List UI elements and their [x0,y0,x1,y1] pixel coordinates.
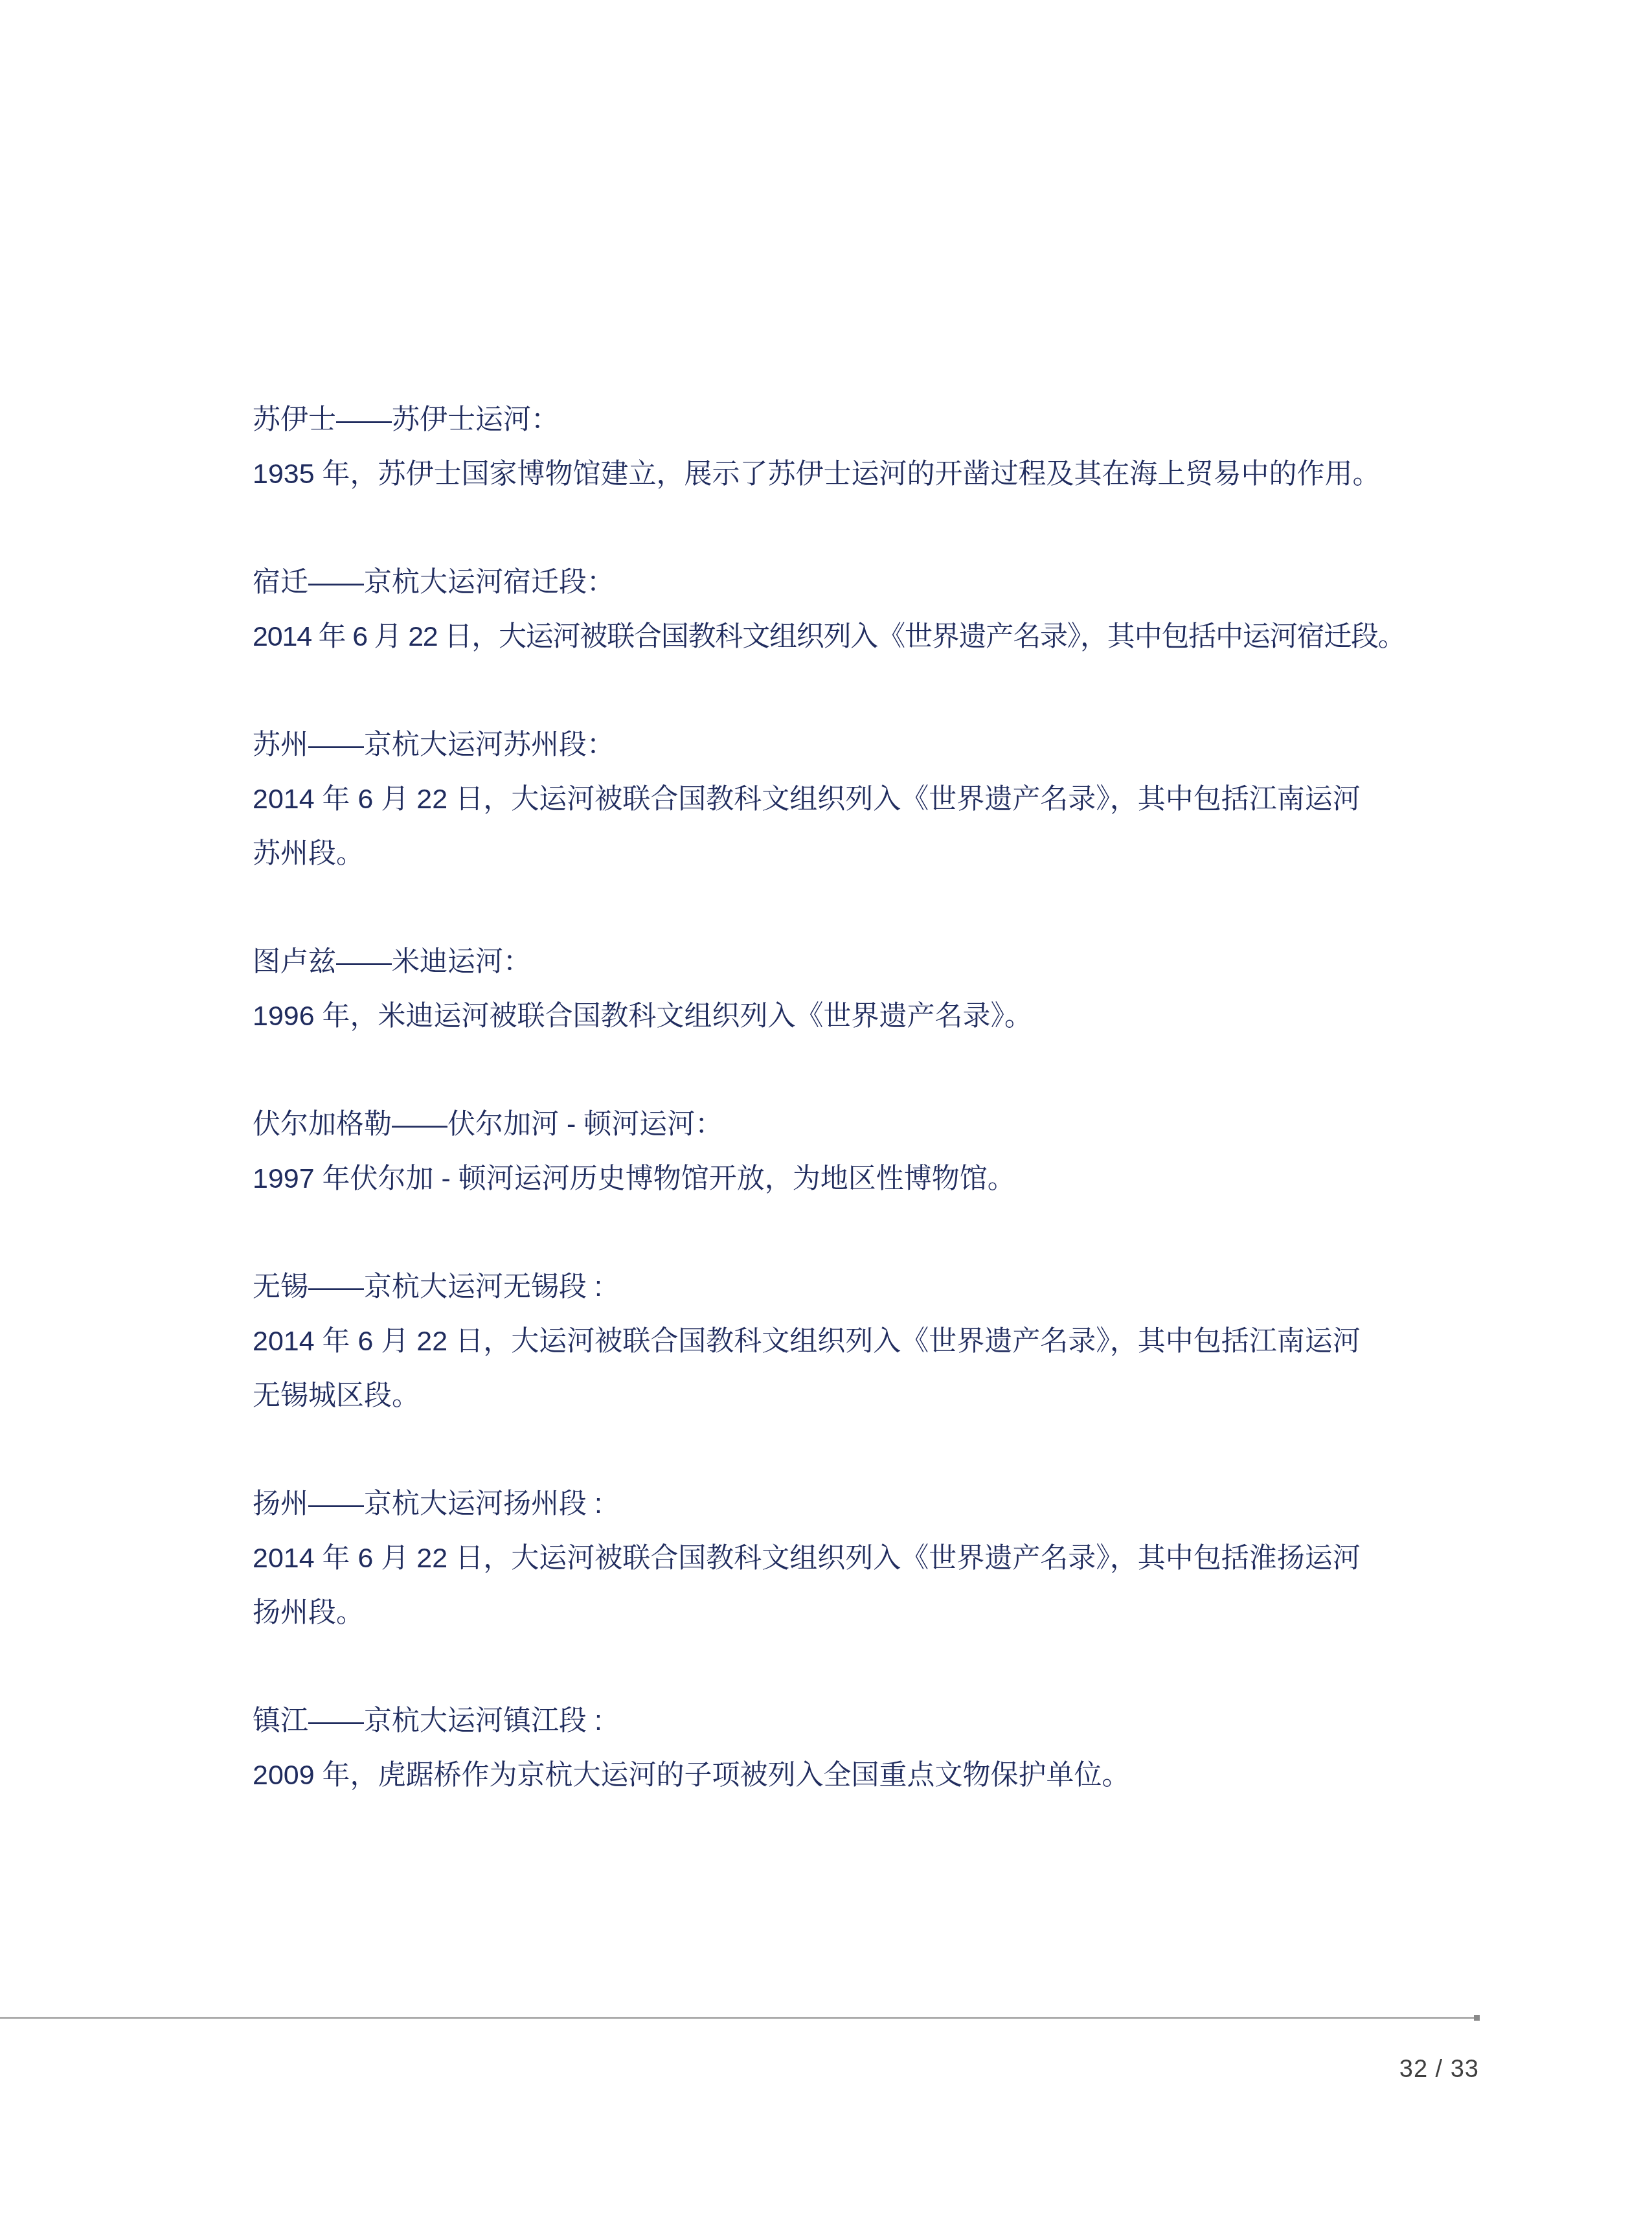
canal-entry-zhenjiang: 镇江——京杭大运河镇江段 : 2009 年，虎踞桥作为京杭大运河的子项被列入全国… [253,1694,1400,1802]
canal-entry-yangzhou: 扬州——京杭大运河扬州段 : 2014 年 6 月 22 日，大运河被联合国教科… [253,1477,1400,1640]
entry-body-line: 1935 年，苏伊士国家博物馆建立，展示了苏伊士运河的开凿过程及其在海上贸易中的… [253,447,1400,501]
entry-body-line: 2014 年 6 月 22 日，大运河被联合国教科文组织列入《世界遗产名录》，其… [253,1531,1400,1585]
entry-body-line: 2014 年 6 月 22 日，大运河被联合国教科文组织列入《世界遗产名录》，其… [253,609,1400,664]
canal-entry-suzhou: 苏州——京杭大运河苏州段： 2014 年 6 月 22 日，大运河被联合国教科文… [253,718,1400,881]
canal-entry-toulouse: 图卢兹——米迪运河： 1996 年，米迪运河被联合国教科文组织列入《世界遗产名录… [253,935,1400,1043]
document-page: 苏伊士——苏伊士运河： 1935 年，苏伊士国家博物馆建立，展示了苏伊士运河的开… [0,0,1652,2226]
entry-title: 扬州——京杭大运河扬州段 : [253,1477,1400,1531]
footer-divider-line [0,2017,1479,2019]
page-number: 32 / 33 [1317,2054,1479,2084]
footer-divider-endcap [1474,2015,1480,2021]
entry-title: 苏州——京杭大运河苏州段： [253,718,1400,772]
entry-body-line: 2014 年 6 月 22 日，大运河被联合国教科文组织列入《世界遗产名录》，其… [253,772,1400,826]
entry-body-line: 1996 年，米迪运河被联合国教科文组织列入《世界遗产名录》。 [253,989,1400,1043]
entry-body-line: 2014 年 6 月 22 日，大运河被联合国教科文组织列入《世界遗产名录》，其… [253,1314,1400,1369]
entry-title: 苏伊士——苏伊士运河： [253,392,1400,447]
entry-body-line: 1997 年伏尔加 - 顿河运河历史博物馆开放，为地区性博物馆。 [253,1152,1400,1206]
canal-entry-suez: 苏伊士——苏伊士运河： 1935 年，苏伊士国家博物馆建立，展示了苏伊士运河的开… [253,392,1400,501]
canal-entry-volgograd: 伏尔加格勒——伏尔加河 - 顿河运河： 1997 年伏尔加 - 顿河运河历史博物… [253,1097,1400,1206]
canal-entry-suqian: 宿迁——京杭大运河宿迁段： 2014 年 6 月 22 日，大运河被联合国教科文… [253,555,1400,664]
entry-body-line: 2009 年，虎踞桥作为京杭大运河的子项被列入全国重点文物保护单位。 [253,1748,1400,1802]
entry-title: 图卢兹——米迪运河： [253,935,1400,989]
entry-body-line: 苏州段。 [253,826,1400,881]
entry-title: 无锡——京杭大运河无锡段 : [253,1260,1400,1314]
document-body: 苏伊士——苏伊士运河： 1935 年，苏伊士国家博物馆建立，展示了苏伊士运河的开… [253,392,1400,1856]
entry-body-line: 无锡城区段。 [253,1369,1400,1423]
entry-title: 宿迁——京杭大运河宿迁段： [253,555,1400,609]
entry-title: 镇江——京杭大运河镇江段 : [253,1694,1400,1748]
canal-entry-wuxi: 无锡——京杭大运河无锡段 : 2014 年 6 月 22 日，大运河被联合国教科… [253,1260,1400,1423]
entry-body-line: 扬州段。 [253,1585,1400,1640]
entry-title: 伏尔加格勒——伏尔加河 - 顿河运河： [253,1097,1400,1152]
